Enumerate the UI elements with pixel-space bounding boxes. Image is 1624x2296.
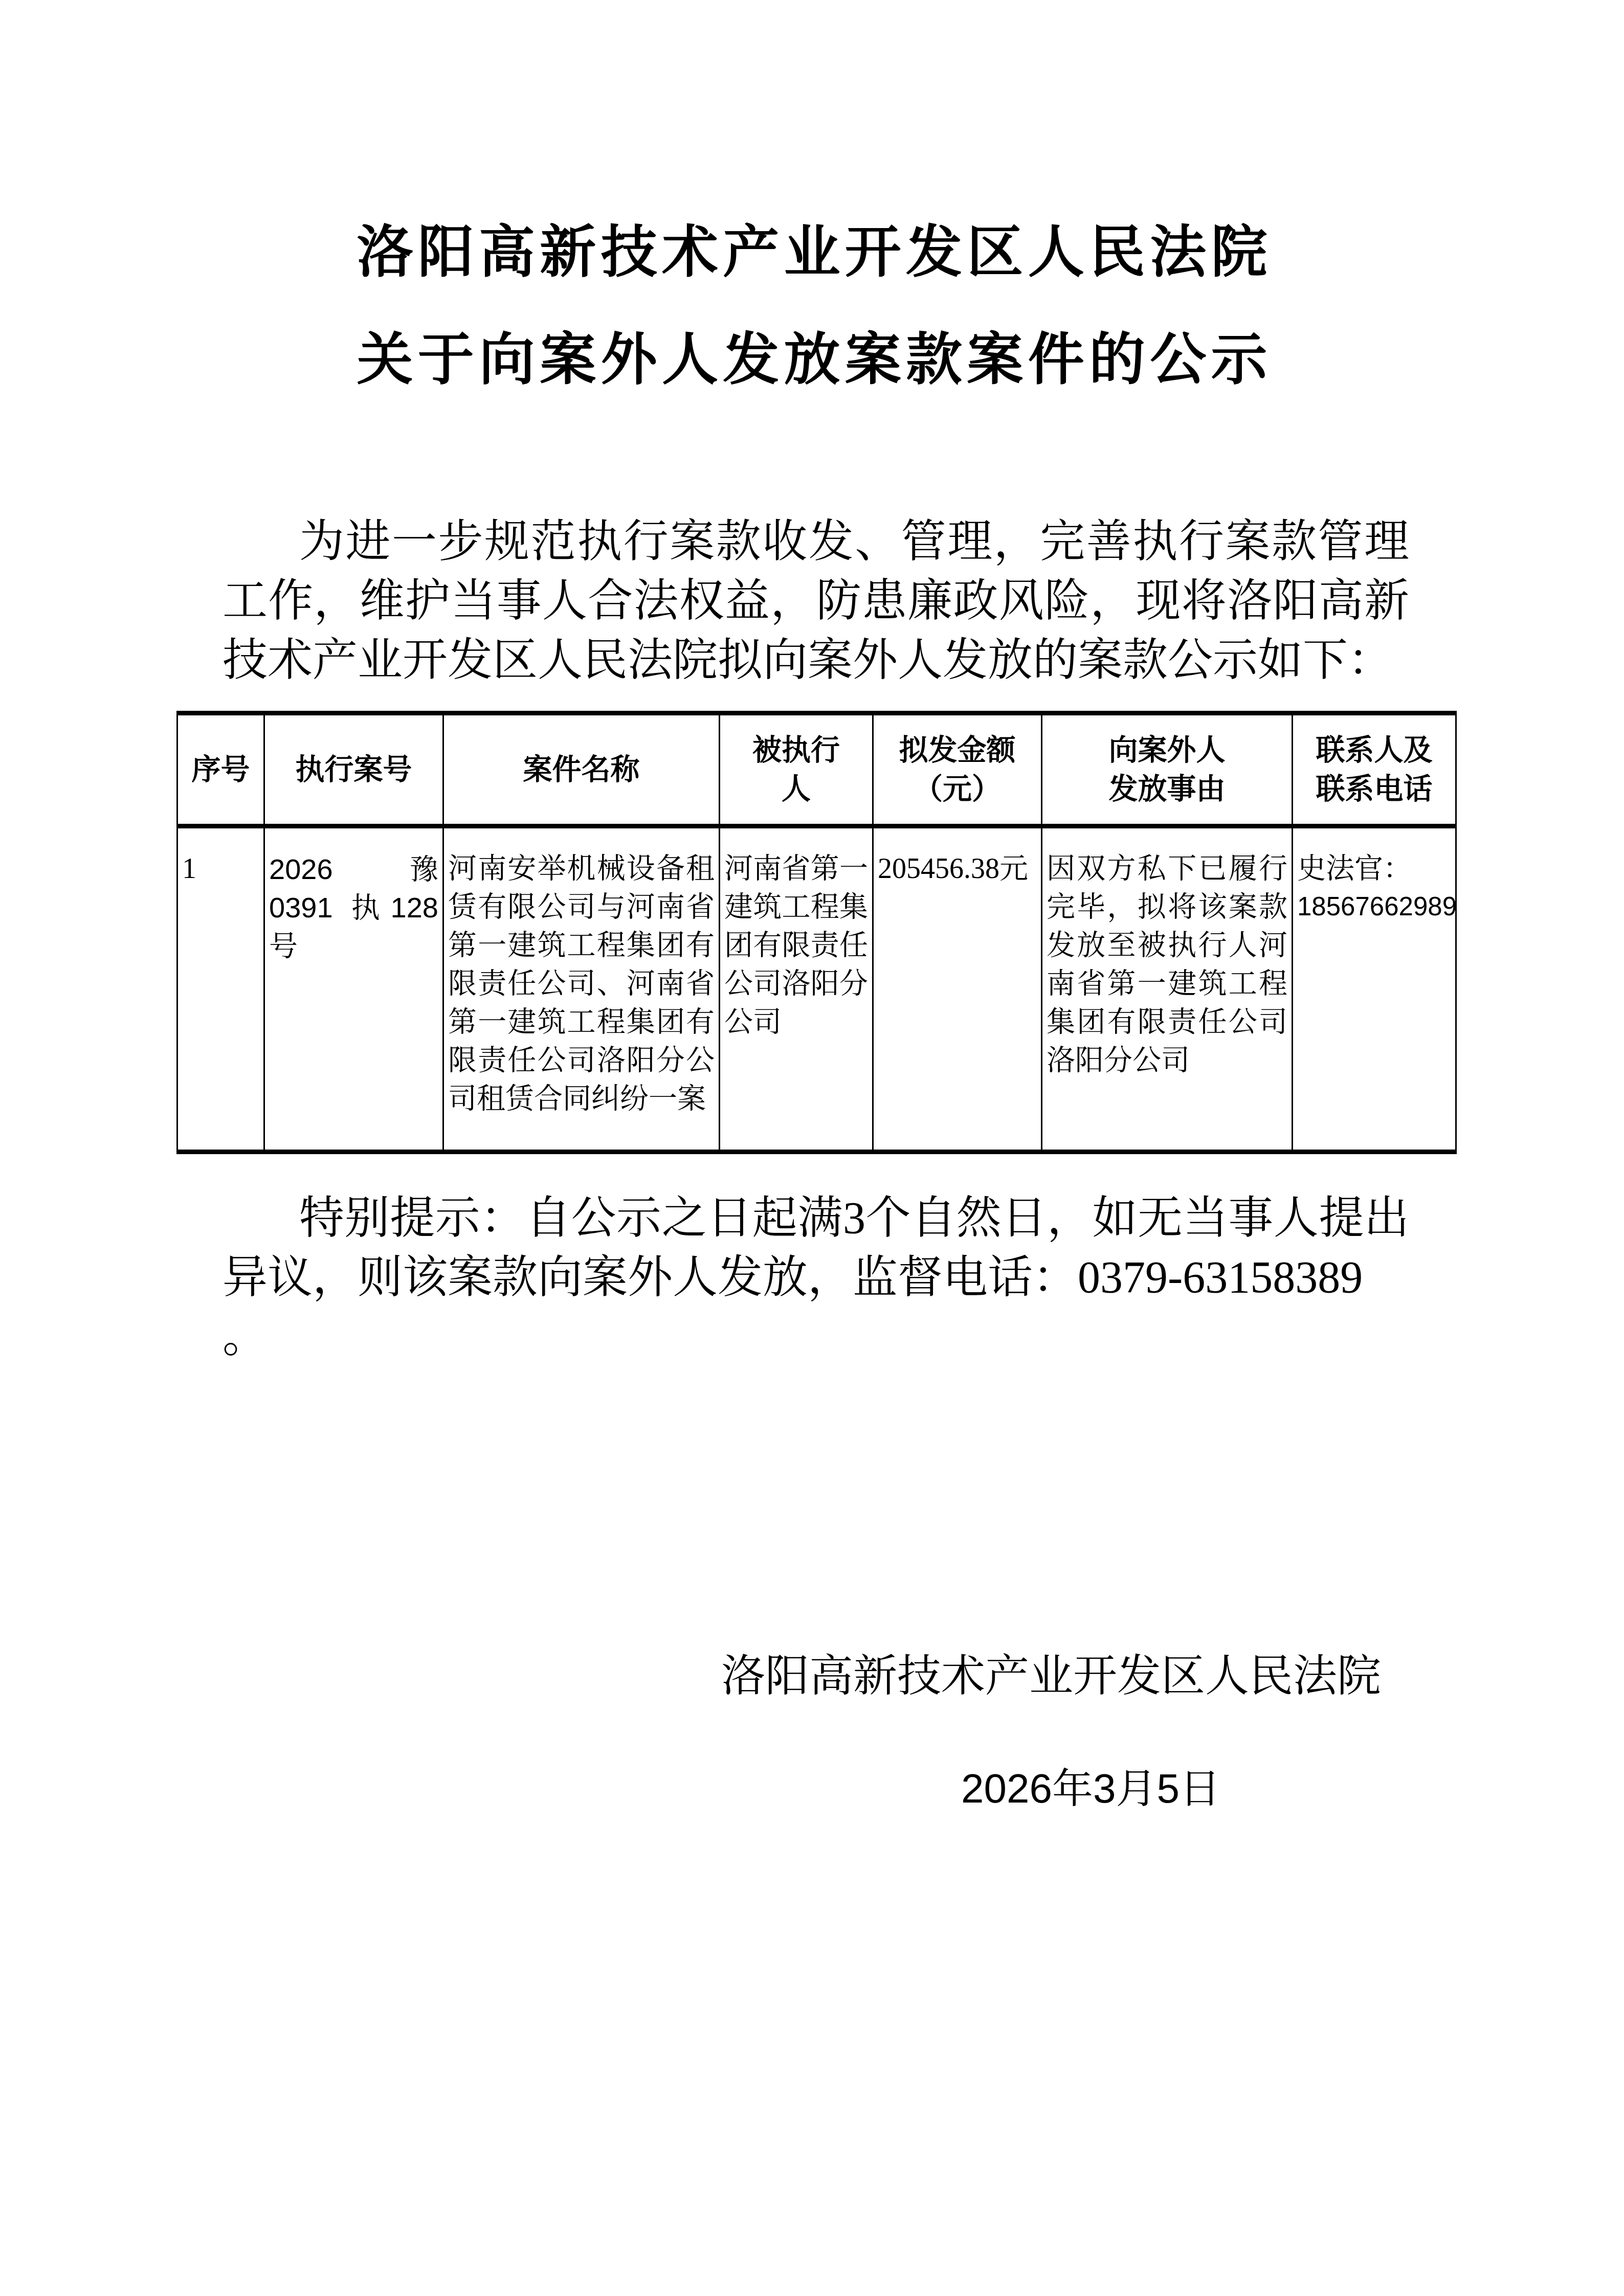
cell-amount: 205456.38元	[873, 826, 1042, 1152]
column-header-case-name: 案件名称	[443, 713, 720, 826]
document-title-line2: 关于向案外人发放案款案件的公示	[357, 327, 1267, 393]
cell-seq: 1	[177, 826, 264, 1152]
column-header-seq: 序号	[177, 713, 264, 826]
column-header-amount: 拟发金额 （元）	[873, 713, 1042, 826]
column-header-contact: 联系人及 联系电话	[1293, 713, 1456, 826]
cell-case-number: 2026 豫 0391 执128号	[264, 826, 443, 1152]
cell-case-name: 河南安举机械设备租赁有限公司与河南省第一建筑工程集团有限责任公司、河南省第一建筑…	[443, 826, 720, 1152]
intro-paragraph: 为进一步规范执行案款收发、管理，完善执行案款管理工作，维护当事人合法权益，防患廉…	[223, 512, 1409, 690]
cell-reason: 因双方私下已履行完毕，拟将该案款发放至被执行人河南省第一建筑工程集团有限责任公司…	[1042, 826, 1293, 1152]
cell-contact: 史法官： 18567662989	[1293, 826, 1456, 1152]
signature-block: 洛阳高新技术产业开发区人民法院 2026年3月5日	[721, 1646, 1381, 1817]
signature-court-name: 洛阳高新技术产业开发区人民法院	[721, 1646, 1381, 1707]
contact-phone: 18567662989	[1297, 888, 1451, 925]
table-header-row: 序号 执行案号 案件名称 被执行 人 拟发金额 （元） 向案外人 发放事由 联系…	[177, 713, 1456, 826]
special-note-paragraph: 特别提示：自公示之日起满3个自然日，如无当事人提出异议，则该案款向案外人发放，监…	[223, 1189, 1409, 1308]
contact-name: 史法官：	[1297, 850, 1451, 888]
column-header-executee: 被执行 人	[720, 713, 873, 826]
document-title: 洛阳高新技术产业开发区人民法院 关于向案外人发放案款案件的公示	[357, 220, 1267, 393]
column-header-case-number: 执行案号	[264, 713, 443, 826]
signature-date: 2026年3月5日	[800, 1761, 1381, 1817]
court-notice-page: { "document": { "title_line1": "洛阳高新技术产业…	[0, 0, 1624, 2296]
case-funds-table: 序号 执行案号 案件名称 被执行 人 拟发金额 （元） 向案外人 发放事由 联系…	[176, 711, 1457, 1154]
column-header-reason: 向案外人 发放事由	[1042, 713, 1293, 826]
cell-executee: 河南省第一建筑工程集团有限责任公司洛阳分公司	[720, 826, 873, 1152]
table-row: 1 2026 豫 0391 执128号 河南安举机械设备租赁有限公司与河南省第一…	[177, 826, 1456, 1152]
special-note-period: 。	[223, 1308, 1624, 1367]
document-title-line1: 洛阳高新技术产业开发区人民法院	[357, 220, 1267, 285]
